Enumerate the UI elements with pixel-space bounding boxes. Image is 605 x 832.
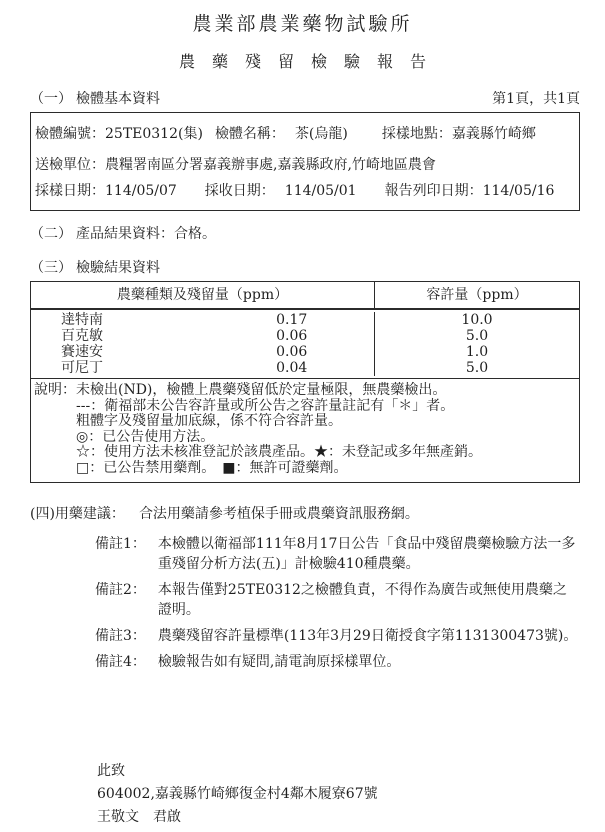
sample-no-value: 25TE0312(集) [105,118,203,151]
note-line: ◎：已公告使用方法。 [76,430,575,446]
sampling-date-value: 114/05/07 [105,179,177,203]
submitting-unit-label: 送檢單位： [35,151,105,179]
note-line: 未檢出(ND)，檢體上農藥殘留低於定量極限，無農藥檢出。 [76,383,575,399]
section1-heading: （一）檢體基本資料 [30,90,160,108]
note-line: □：已公告禁用藥劑。 ■：無許可證藥劑。 [76,461,575,477]
print-date-label: 報告列印日期： [385,179,483,203]
pesticide-name: 百克敏 [61,328,103,344]
addressee-block: 此致 604002,嘉義縣竹崎鄉復金村4鄰木履寮67號 王敬文 君啟 [97,760,378,829]
sampling-location-label: 採樣地點： [382,118,452,151]
section1-title: 檢體基本資料 [76,91,160,107]
addressee-name: 王敬文 君啟 [97,806,378,829]
pesticide-cell: 達特南 0.17 [31,312,375,328]
pesticide-cell: 賽速安 0.06 [31,344,375,360]
remark-text: 本檢體以衛福部111年8月17日公告「食品中殘留農藥檢驗方法一多重殘留分析方法(… [158,534,580,574]
note-line: 粗體字及殘留量加底線，係不符合容許量。 [76,414,575,430]
limit-value: 10.0 [375,312,579,328]
section2-heading: （二）產品結果資料：合格。 [30,225,580,243]
results-table-header: 農藥種類及殘留量（ppm） 容許量（ppm） [31,282,579,310]
remark-text: 檢驗報告如有疑問,請電詢原採樣單位。 [158,652,580,672]
sample-info-box: 檢體編號：25TE0312(集) 檢體名稱：茶(烏龍) 採樣地點：嘉義縣竹崎鄉 … [30,112,580,211]
notes-label: 說明： [34,383,76,476]
remark-label: 備註2： [95,580,146,620]
section3-number: （三） [30,260,72,276]
salutation: 此致 [97,760,378,783]
sampling-date-label: 採樣日期： [35,179,105,203]
section3-heading: （三）檢驗結果資料 [30,259,580,277]
pesticide-row: 可尼丁 0.04 5.0 [31,360,579,376]
note-line: ---：衛福部未公告容許量或所公告之容許量註記有「＊」者。 [76,399,575,415]
column-header-residue: 農藥種類及殘留量（ppm） [31,282,375,308]
addressee-address: 604002,嘉義縣竹崎鄉復金村4鄰木履寮67號 [97,783,378,806]
pesticide-name: 賽速安 [61,344,103,360]
remark-label: 備註1： [95,534,146,574]
pesticide-row: 達特南 0.17 10.0 [31,312,579,328]
notes-block: 說明： 未檢出(ND)，檢體上農藥殘留低於定量極限，無農藥檢出。 ---：衛福部… [31,378,579,482]
remarks-list: 備註1： 本檢體以衛福部111年8月17日公告「食品中殘留農藥檢驗方法一多重殘留… [95,534,580,672]
sample-no-label: 檢體編號： [35,118,105,151]
pesticide-row: 百克敏 0.06 5.0 [31,328,579,344]
notes-lines: 未檢出(ND)，檢體上農藥殘留低於定量極限，無農藥檢出。 ---：衛福部未公告容… [76,383,575,476]
remark-text: 本報告僅對25TE0312之檢體負責，不得作為廣告或無使用農藥之證明。 [158,580,580,620]
remark-label: 備註3： [95,626,146,646]
limit-value: 5.0 [375,328,579,344]
residue-value: 0.06 [276,328,307,344]
remark-item: 備註2： 本報告僅對25TE0312之檢體負責，不得作為廣告或無使用農藥之證明。 [95,580,580,620]
report-title: 農藥殘留檢驗報告 [0,51,605,73]
results-table-rows: 達特南 0.17 10.0 百克敏 0.06 5.0 [31,310,579,378]
sample-info-line2: 送檢單位：農糧署南區分署嘉義辦事處,嘉義縣政府,竹崎地區農會 [35,151,577,179]
residue-value: 0.06 [276,344,307,360]
section1-number: （一） [30,91,72,107]
remark-item: 備註3： 農藥殘留容許量標準(113年3月29日衛授食字第1131300473號… [95,626,580,646]
remark-text: 農藥殘留容許量標準(113年3月29日衛授食字第1131300473號)。 [158,626,580,646]
section1-heading-row: （一）檢體基本資料 第1頁，共1頁 [30,88,580,108]
limit-value: 1.0 [375,344,579,360]
residue-value: 0.17 [276,312,307,328]
section2-result-text: 產品結果資料：合格。 [76,226,216,242]
remark-item: 備註1： 本檢體以衛福部111年8月17日公告「食品中殘留農藥檢驗方法一多重殘留… [95,534,580,574]
section4-advice-text: 合法用藥請參考植保手冊或農藥資訊服務網。 [139,503,419,523]
pesticide-cell: 可尼丁 0.04 [31,360,375,376]
harvest-date-label: 採收日期： [205,179,275,203]
sample-name-label: 檢體名稱： [215,118,285,151]
report-content: （一）檢體基本資料 第1頁，共1頁 檢體編號：25TE0312(集) 檢體名稱：… [30,88,580,672]
section4-label: (四)用藥建議： [30,503,125,523]
sample-info-line1: 檢體編號：25TE0312(集) 檢體名稱：茶(烏龍) 採樣地點：嘉義縣竹崎鄉 [35,118,577,151]
submitting-unit-value: 農糧署南區分署嘉義辦事處,嘉義縣政府,竹崎地區農會 [105,151,436,179]
page-indicator: 第1頁，共1頁 [492,88,580,108]
sample-info-line3: 採樣日期：114/05/07 採收日期：114/05/01 報告列印日期：114… [35,179,577,203]
harvest-date-value: 114/05/01 [285,179,357,203]
pesticide-cell: 百克敏 0.06 [31,328,375,344]
sampling-location-value: 嘉義縣竹崎鄉 [452,118,536,151]
column-header-limit: 容許量（ppm） [375,282,579,308]
institute-title: 農業部農業藥物試驗所 [0,0,605,36]
note-line: ☆：使用方法未核准登記於該農產品。★：未登記或多年無產銷。 [76,445,575,461]
residue-value: 0.04 [276,360,307,376]
pesticide-name: 可尼丁 [61,360,103,376]
remark-item: 備註4： 檢驗報告如有疑問,請電詢原採樣單位。 [95,652,580,672]
results-table: 農藥種類及殘留量（ppm） 容許量（ppm） 達特南 0.17 10.0 [30,281,580,483]
section2-number: （二） [30,226,72,242]
sample-name-value: 茶(烏龍) [295,118,348,151]
print-date-value: 114/05/16 [483,179,555,203]
remark-label: 備註4： [95,652,146,672]
report-page: 農業部農業藥物試驗所 農藥殘留檢驗報告 （一）檢體基本資料 第1頁，共1頁 檢體… [0,0,605,832]
pesticide-row: 賽速安 0.06 1.0 [31,344,579,360]
limit-value: 5.0 [375,360,579,376]
section4-heading: (四)用藥建議： 合法用藥請參考植保手冊或農藥資訊服務網。 [30,503,580,523]
pesticide-name: 達特南 [61,312,103,328]
section3-title: 檢驗結果資料 [76,260,160,276]
